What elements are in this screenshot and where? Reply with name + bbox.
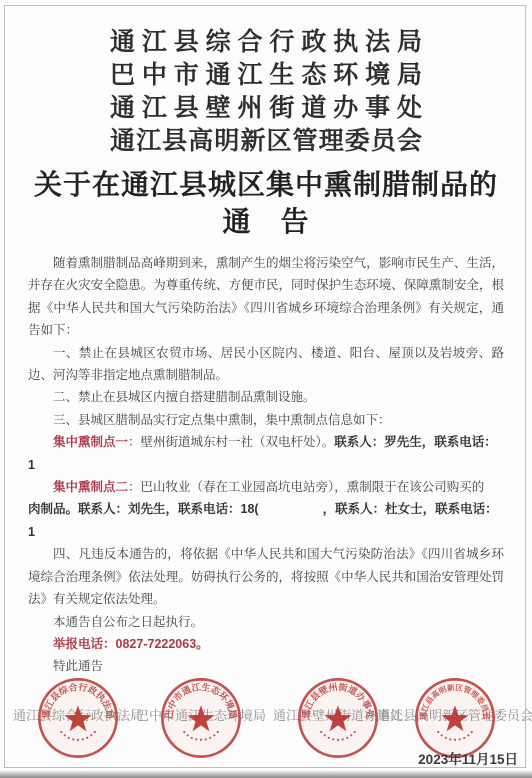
seal-code-dot	[467, 734, 469, 736]
notice-paragraph: 二、禁止在县城区内擅自搭建腊制品熏制设施。	[28, 386, 504, 408]
org-name-line: 通江县高明新区管理委员会	[110, 125, 422, 158]
seal-code-dot	[437, 731, 439, 733]
seal-code-dot	[94, 731, 96, 733]
seal-graphic: 巴中市通江生态环境局	[159, 676, 243, 760]
seal-code-dot	[183, 731, 185, 733]
notice-paragraph: 特此通告	[28, 655, 504, 677]
seal-code-dot	[200, 739, 202, 741]
seal-code-dot	[86, 737, 88, 739]
seal-code-dot	[324, 734, 326, 736]
seal-text: 通江县高明新区管理委员会	[418, 682, 492, 721]
seal-code-dot	[195, 738, 197, 740]
body-text: 四、凡违反本通告的，将依据《中华人民共和国大气污染防治法》《四川省城乡环境综合治…	[28, 547, 504, 606]
body-text: 肉制品。联系人：刘先生，联系电话：18(	[28, 502, 259, 516]
body-text: 1	[28, 525, 35, 539]
star-icon	[324, 705, 351, 731]
org-name-line: 通江县壁州街道办事处	[110, 92, 422, 125]
seal-ring	[299, 679, 376, 756]
seal-code-dot	[205, 738, 207, 740]
seal-ring	[162, 679, 239, 756]
seal-code-dot	[346, 737, 348, 739]
seal-text: 通江县综合行政执法局	[40, 681, 115, 720]
body-text: 本通告自公布之日起执行。	[53, 615, 203, 629]
body-text: 1	[28, 458, 35, 472]
official-seal: 通江县综合行政执法局	[36, 676, 120, 760]
highlighted-red-text: 集中熏制点二	[53, 480, 128, 494]
notice-paragraph: 举报电话：0827-7222063。	[28, 633, 504, 655]
seal-code-dot	[90, 734, 92, 736]
org-name-line: 通江县综合行政执法局	[110, 26, 422, 59]
seal-graphic: 通江县壁州街道办事处	[296, 676, 380, 760]
star-icon	[64, 705, 91, 731]
star-icon	[441, 705, 468, 731]
seal-code-dot	[191, 737, 193, 739]
body-text: 二、禁止在县城区内擅自搭建腊制品熏制设施。	[53, 390, 316, 404]
body-text: 三、县城区腊制品实行定点集中熏制，集中熏制点信息如下：	[53, 413, 391, 427]
seal-code-dot	[213, 734, 215, 736]
highlighted-red-text: ：0827-7222063。	[103, 637, 209, 651]
seal-code-dot	[64, 734, 66, 736]
seal-code-dot	[454, 739, 456, 741]
org-signature-text: 通江县壁州街道办事处	[273, 705, 403, 724]
star-icon	[187, 705, 214, 731]
seal-ring	[416, 679, 493, 756]
seal-code-dot	[350, 734, 352, 736]
seal-text: 通江县壁州街道办事处	[300, 681, 376, 720]
seal-code-dot	[471, 731, 473, 733]
seal-code-dot	[337, 739, 339, 741]
seal-code-dot	[72, 738, 74, 740]
notice-paragraph: 随着熏制腊制品高峰期到来，熏制产生的烟尘将污染空气，影响市民生产、生活，并存在火…	[28, 252, 504, 342]
notice-body: 随着熏制腊制品高峰期到来，熏制产生的烟尘将污染空气，影响市民生产、生活，并存在火…	[0, 252, 532, 678]
org-signature-text: 通江县高明新区管理委员会	[377, 705, 532, 724]
body-text: 一、禁止在县城区农贸市场、居民小区院内、楼道、阳台、屋顶以及岩坡旁、路边、河沟等…	[28, 346, 504, 382]
seal-code-dot	[187, 734, 189, 736]
photo-edge-shadow	[0, 770, 532, 778]
notice-paragraph: 本通告自公布之日起执行。	[28, 611, 504, 633]
seal-code-dot	[217, 731, 219, 733]
notice-paragraph: 集中熏制点二：巴山牧业（春在工业园高坑电站旁），熏制限于在该公司购买的肉制品。联…	[28, 476, 504, 543]
seal-code-dot	[342, 738, 344, 740]
notice-paragraph: 集中熏制点一：壁州街道城东村一社（双电杆处）。联系人：罗先生，联系电话：1	[28, 431, 504, 476]
redacted-phone-gap	[259, 512, 323, 513]
highlighted-red-text: 集中熏制点一	[53, 435, 128, 449]
seal-code-dot	[445, 737, 447, 739]
seal-code-dot	[354, 731, 356, 733]
seal-code-dot	[68, 737, 70, 739]
seal-code-dot	[449, 738, 451, 740]
org-name-line: 巴中市通江生态环境局	[110, 59, 422, 92]
body-text: ：巴山牧业（春在工业园高坑电站旁），熏制限于在该公司购买的	[128, 480, 484, 494]
seal-code-dot	[77, 739, 79, 741]
notice-title-word: 通 告	[0, 204, 532, 241]
body-text: ，联系人：杜女士，联系电话：	[323, 502, 498, 516]
seal-code-dot	[332, 738, 334, 740]
notice-title: 关于在通江县城区集中熏制腊制品的	[0, 167, 532, 204]
seal-code-dot	[60, 731, 62, 733]
seal-text: 巴中市通江生态环境局	[164, 681, 238, 720]
highlighted-red-text: 举报电话	[53, 637, 103, 651]
seal-code-dot	[328, 737, 330, 739]
org-signature-text: 通江县综合行政执法局	[13, 705, 143, 724]
seal-code-dot	[441, 734, 443, 736]
notice-title-block: 关于在通江县城区集中熏制腊制品的 通 告	[0, 167, 532, 241]
body-text: 随着熏制腊制品高峰期到来，熏制产生的烟尘将污染空气，影响市民生产、生活，并存在火…	[28, 256, 504, 337]
seal-ring	[39, 679, 116, 756]
notice-paragraph: 四、凡违反本通告的，将依据《中华人民共和国大气污染防治法》《四川省城乡环境综合治…	[28, 543, 504, 610]
notice-page: 通江县综合行政执法局 巴中市通江生态环境局 通江县壁州街道办事处 通江县高明新区…	[0, 0, 532, 778]
seal-code-dot	[82, 738, 84, 740]
seal-code-dot	[209, 737, 211, 739]
notice-paragraph: 一、禁止在县城区农贸市场、居民小区院内、楼道、阳台、屋顶以及岩坡旁、路边、河沟等…	[28, 342, 504, 387]
notice-paragraph: 三、县城区腊制品实行定点集中熏制，集中熏制点信息如下：	[28, 409, 504, 431]
notice-date: 2023年11月15日	[418, 748, 518, 768]
org-signature-text: 巴中市通江生态环境局	[136, 705, 266, 724]
body-text: 特此通告	[53, 659, 103, 673]
seal-graphic: 通江县综合行政执法局	[36, 676, 120, 760]
body-text: ：壁州街道城东村一社（双电杆处）。	[128, 435, 334, 449]
seal-code-dot	[320, 731, 322, 733]
official-seal: 通江县壁州街道办事处	[296, 676, 380, 760]
seal-code-dot	[463, 737, 465, 739]
body-text: 联系人：罗先生，联系电话：	[334, 435, 497, 449]
official-seal: 巴中市通江生态环境局	[159, 676, 243, 760]
issuing-orgs-block: 通江县综合行政执法局 巴中市通江生态环境局 通江县壁州街道办事处 通江县高明新区…	[0, 0, 532, 158]
seal-code-dot	[459, 738, 461, 740]
